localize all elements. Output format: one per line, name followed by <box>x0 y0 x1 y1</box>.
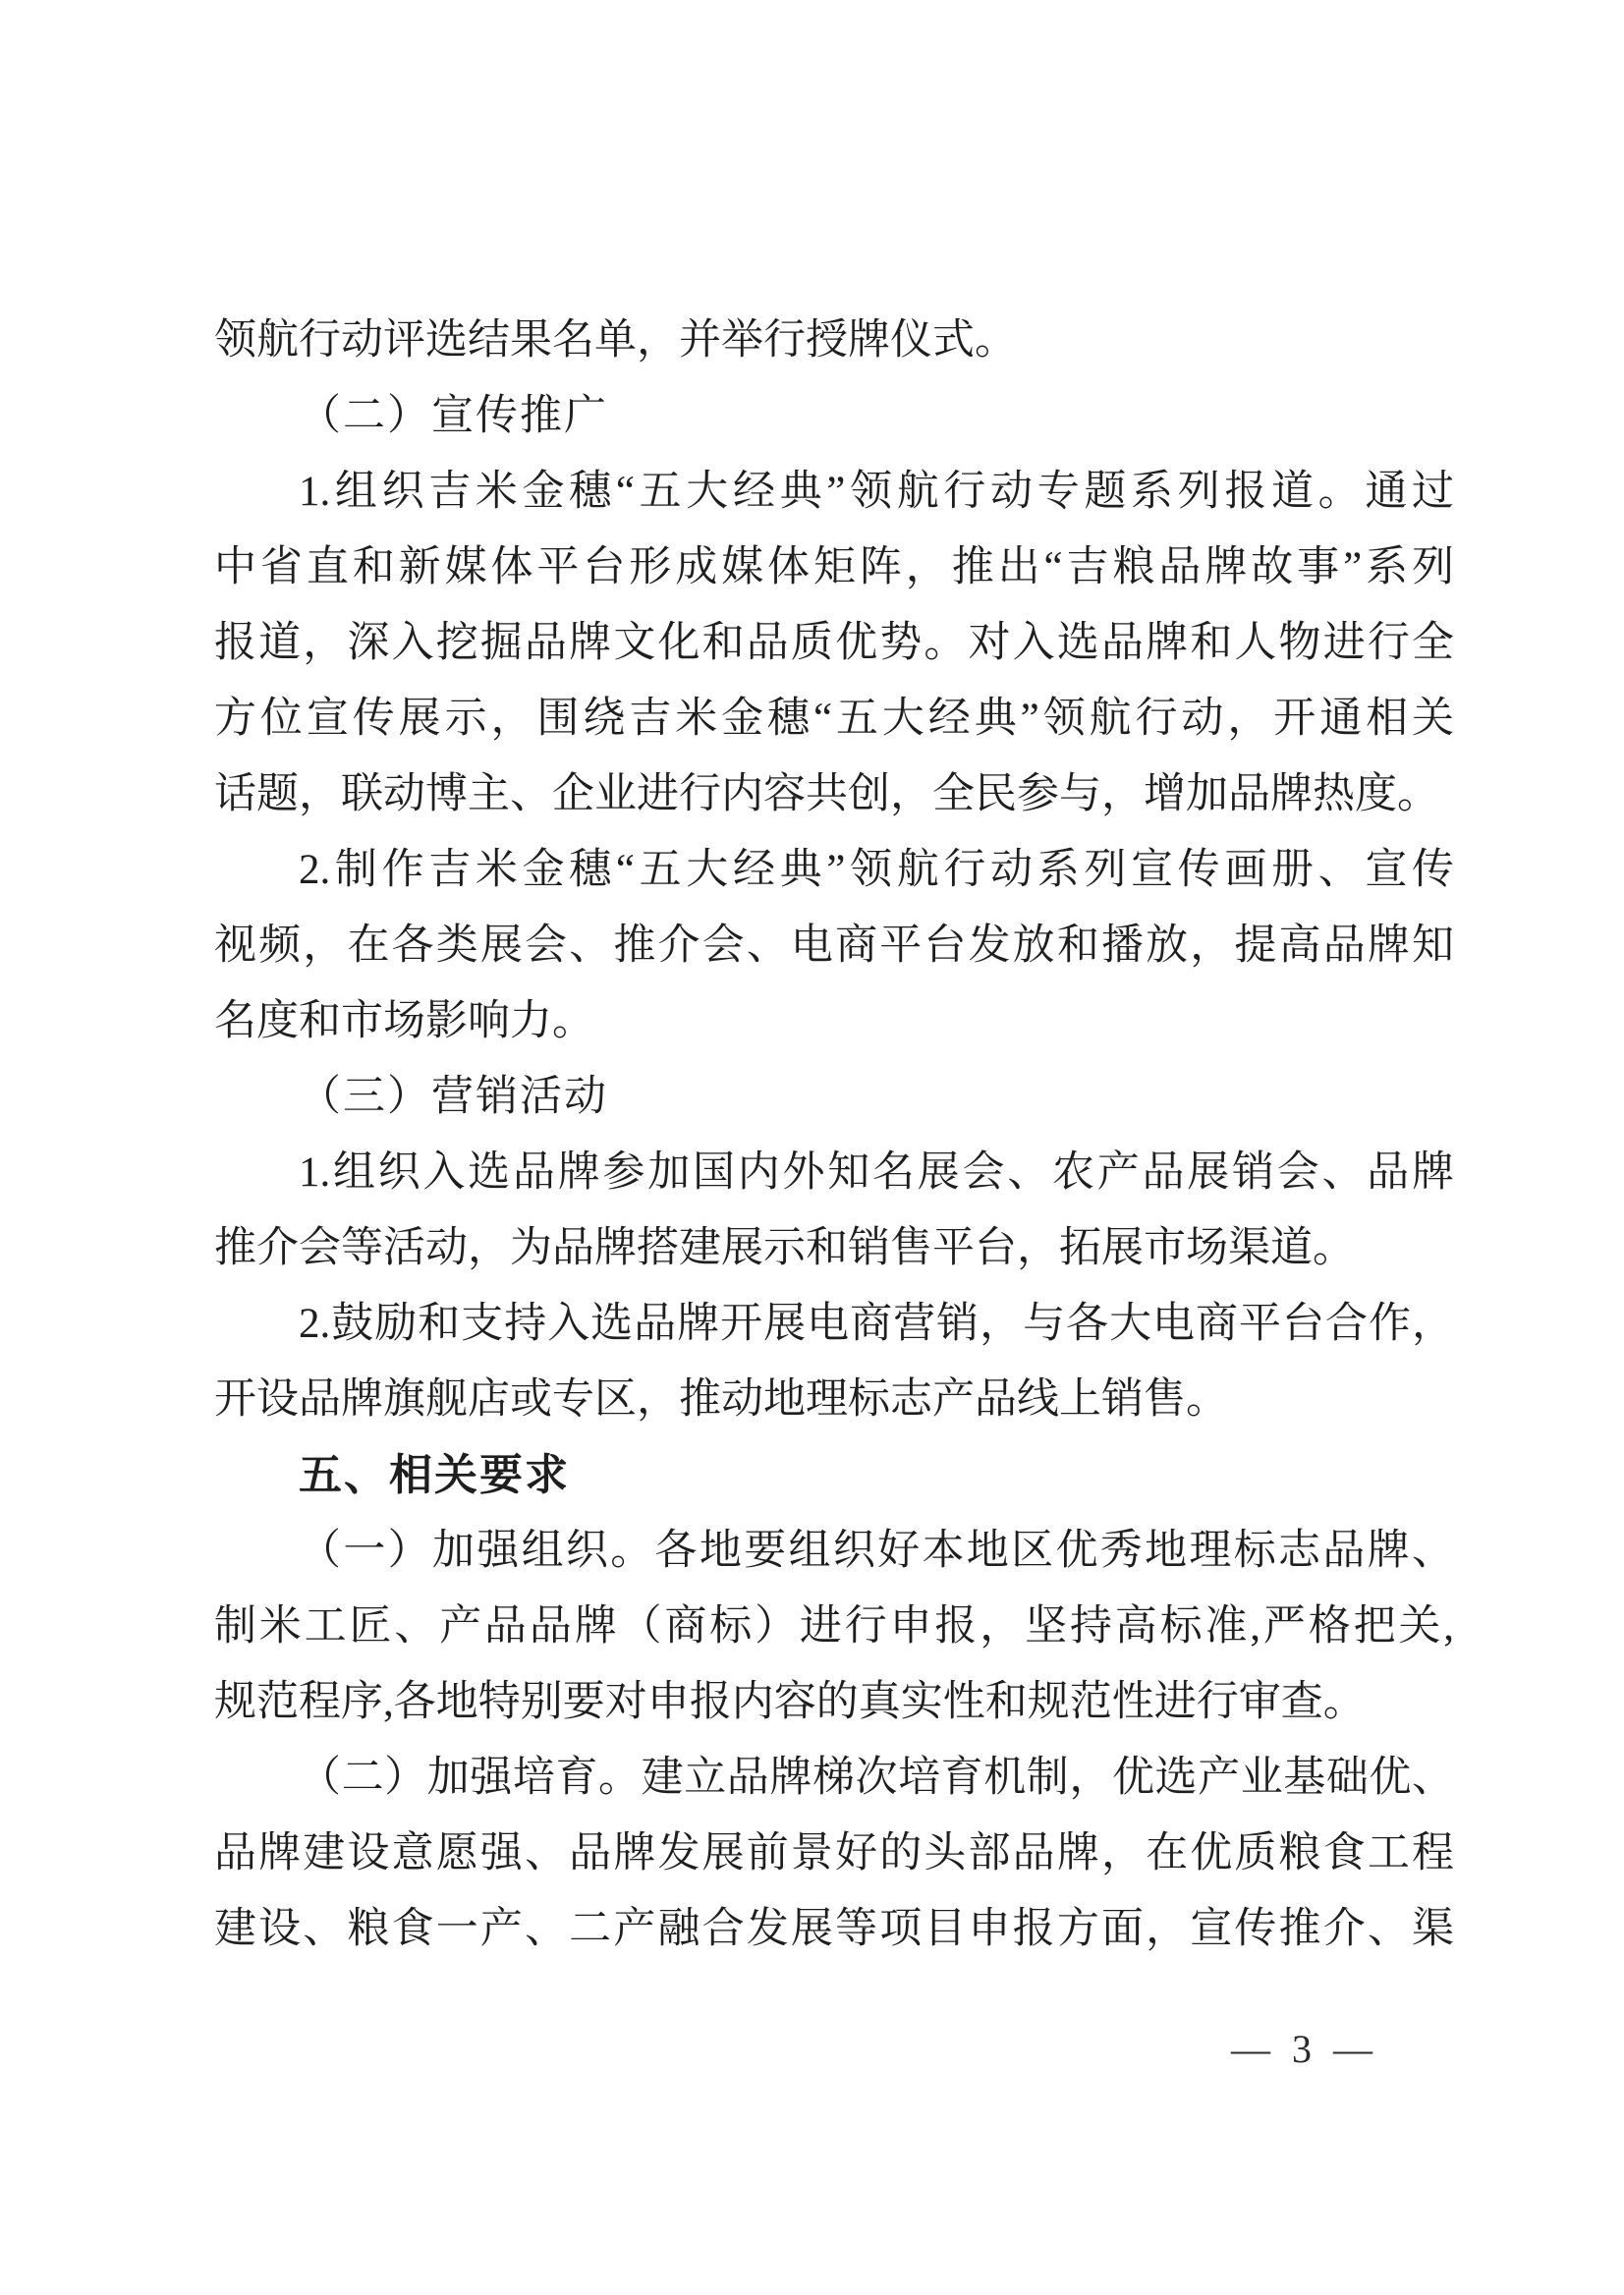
body-text-line: 2.制作吉米金穗“五大经典”领航行动系列宣传画册、宣传 <box>214 832 1454 908</box>
body-text-line: 规范程序,各地特别要对申报内容的真实性和规范性进行审查。 <box>214 1664 1454 1740</box>
body-text-line: 报道，深入挖掘品牌文化和品质优势。对入选品牌和人物进行全 <box>214 605 1454 681</box>
body-text-line: 视频，在各类展会、推介会、电商平台发放和播放，提高品牌知 <box>214 908 1454 983</box>
body-text-line: 1.组织入选品牌参加国内外知名展会、农产品展销会、品牌 <box>214 1135 1454 1210</box>
body-text-line: 中省直和新媒体平台形成媒体矩阵，推出“吉粮品牌故事”系列 <box>214 530 1454 605</box>
body-text-line: （二）加强培育。建立品牌梯次培育机制，优选产业基础优、 <box>214 1740 1454 1816</box>
body-text-line: 制米工匠、产品品牌（商标）进行申报，坚持高标准,严格把关, <box>214 1589 1454 1664</box>
body-text-line: 推介会等活动，为品牌搭建展示和销售平台，拓展市场渠道。 <box>214 1210 1454 1286</box>
document-body: 领航行动评选结果名单，并举行授牌仪式。 （二）宣传推广 1.组织吉米金穗“五大经… <box>214 303 1454 1967</box>
page-number: — 3 — <box>1231 2022 1378 2077</box>
body-text-line: 建设、粮食一产、二产融合发展等项目申报方面，宣传推介、渠 <box>214 1891 1454 1967</box>
body-text-line: 领航行动评选结果名单，并举行授牌仪式。 <box>214 303 1454 378</box>
body-text-line: 1.组织吉米金穗“五大经典”领航行动专题系列报道。通过 <box>214 454 1454 530</box>
body-text-line: 话题，联动博主、企业进行内容共创，全民参与，增加品牌热度。 <box>214 756 1454 832</box>
subsection-heading: （三）营销活动 <box>214 1059 1454 1135</box>
subsection-heading: （二）宣传推广 <box>214 378 1454 454</box>
body-text-line: 方位宣传展示，围绕吉米金穗“五大经典”领航行动，开通相关 <box>214 681 1454 756</box>
body-text-line: 名度和市场影响力。 <box>214 983 1454 1059</box>
document-page: 领航行动评选结果名单，并举行授牌仪式。 （二）宣传推广 1.组织吉米金穗“五大经… <box>0 0 1624 2295</box>
section-heading: 五、相关要求 <box>214 1437 1454 1513</box>
body-text-line: 2.鼓励和支持入选品牌开展电商营销，与各大电商平台合作， <box>214 1286 1454 1362</box>
body-text-line: 品牌建设意愿强、品牌发展前景好的头部品牌，在优质粮食工程 <box>214 1816 1454 1891</box>
body-text-line: （一）加强组织。各地要组织好本地区优秀地理标志品牌、 <box>214 1513 1454 1589</box>
body-text-line: 开设品牌旗舰店或专区，推动地理标志产品线上销售。 <box>214 1362 1454 1437</box>
